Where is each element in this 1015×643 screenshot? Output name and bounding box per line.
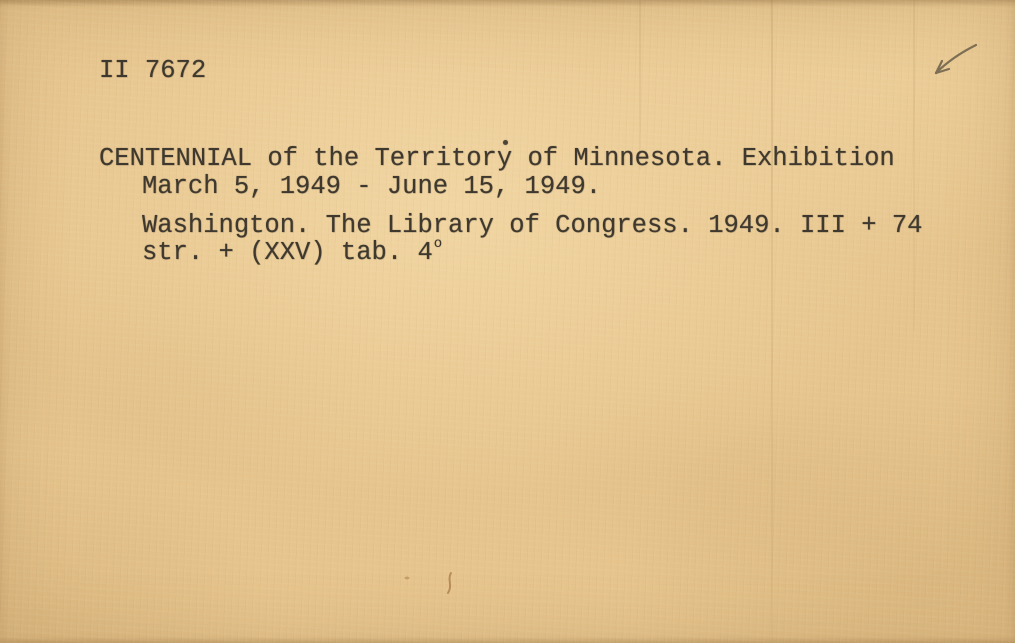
paper-fiber-mark (448, 573, 451, 593)
title-line-1: CENTENNIAL of the Territory of Minnesota… (99, 146, 895, 172)
paper-crease (771, 0, 773, 643)
catalog-card: II 7672 CENTENNIAL of the Territory of M… (0, 0, 1015, 643)
paper-crease (913, 0, 915, 330)
imprint-line-2-text: str. + (XXV) tab. 4 (142, 238, 433, 267)
handwritten-marks-layer (0, 0, 1015, 643)
title-line-2: March 5, 1949 - June 15, 1949. (142, 174, 601, 200)
format-superscript: o (434, 231, 442, 257)
call-number: II 7672 (99, 58, 206, 84)
paper-speck (405, 577, 410, 580)
imprint-line-2: str. + (XXV) tab. 4o (142, 240, 441, 269)
imprint-line-1: Washington. The Library of Congress. 194… (142, 213, 922, 239)
paper-grain-texture (0, 0, 1015, 643)
check-mark-icon (936, 45, 976, 73)
